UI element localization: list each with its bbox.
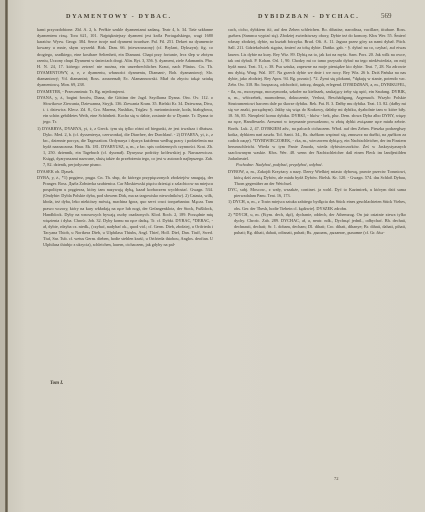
entry-dyc: DYC, subj. Moscow., z wały, wszakże, con…	[228, 187, 406, 199]
entry-dych-2: 2) *DYCH, u, m. (Etym. dech, dęć), dycha…	[228, 212, 406, 237]
entry-dych-1: 1) DYCH, u, m., z Tcutn miejsca sztuka z…	[228, 199, 406, 211]
book-binding-edge	[5, 0, 8, 512]
dictionary-page: DYAMENTOWY - DYBAC. DYBIDZBAN - DYCHAC. …	[0, 0, 425, 512]
left-column: kami przyozdobione. Zbl. A. 2, b. Perłki…	[37, 27, 213, 249]
entry-dybac-continued: cach, cicho, dybkiem iść, auf den Zehen …	[228, 27, 406, 162]
page-number: 569	[381, 12, 392, 20]
entry-dybow: DYBOW, a, m., Zakojdi Krzyżacy a nazy. D…	[228, 169, 406, 187]
volume-footer: Tom I.	[50, 381, 63, 386]
entry-dyana: DYANA, y, ż., bogini łowów, Diana, die G…	[37, 95, 213, 126]
entry-dyba: DYBA, y, ż., *1) pręgierz, pręga. Cn. Th…	[37, 175, 213, 249]
entry-dyamentowy-continued: kami przyozdobione. Zbl. A. 2, b. Perłki…	[37, 27, 213, 89]
right-column: cach, cicho, dybkiem iść, auf den Zehen …	[228, 27, 406, 236]
entry-dyarrya: 1) DYARRYA, DYARYA, yi, ż, z Greck. tym …	[37, 126, 213, 169]
running-header-right: DYBIDZBAN - DYCHAC.	[258, 13, 359, 20]
running-header-left: DYAMENTOWY - DYBAC.	[66, 13, 172, 20]
signature-mark: 72	[334, 476, 339, 481]
